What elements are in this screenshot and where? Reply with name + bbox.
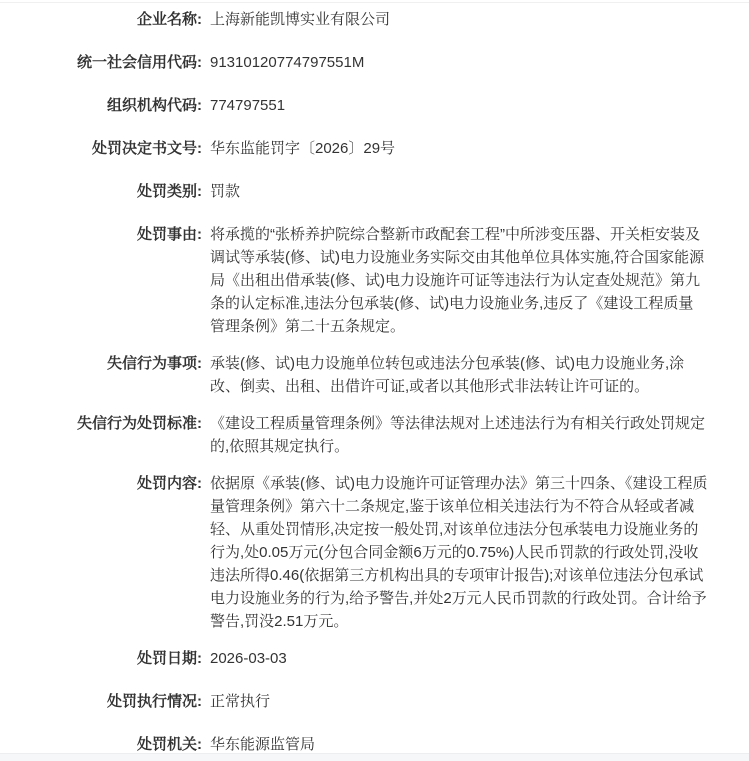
row-penalty-date: 处罚日期: 2026-03-03 [0, 647, 719, 670]
row-company-name: 企业名称: 上海新能凯博实业有限公司 [0, 8, 719, 31]
row-penalty-type: 处罚类别: 罚款 [0, 180, 719, 203]
dishonest-behavior-penalty-standard-label: 失信行为处罚标准: [0, 412, 202, 435]
organization-code-value: 774797551 [202, 94, 285, 117]
penalty-content-value: 依据原《承装(修、试)电力设施许可证管理办法》第三十四条、《建设工程质量管理条例… [202, 472, 708, 633]
row-dishonest-behavior-penalty-standard: 失信行为处罚标准: 《建设工程质量管理条例》等法律法规对上述违法行为有相关行政处… [0, 412, 719, 458]
next-section-edge [0, 753, 749, 761]
row-penalty-execution-status: 处罚执行情况: 正常执行 [0, 690, 719, 713]
penalty-decision-doc-number-value: 华东监能罚字〔2026〕29号 [202, 137, 395, 160]
penalty-execution-status-label: 处罚执行情况: [0, 690, 202, 713]
record-detail-list: 企业名称: 上海新能凯博实业有限公司 统一社会信用代码: 91310120774… [0, 0, 749, 756]
row-penalty-content: 处罚内容: 依据原《承装(修、试)电力设施许可证管理办法》第三十四条、《建设工程… [0, 472, 719, 633]
dishonest-behavior-penalty-standard-value: 《建设工程质量管理条例》等法律法规对上述违法行为有相关行政处罚规定的,依照其规定… [202, 412, 708, 458]
penalty-record-detail: 企业名称: 上海新能凯博实业有限公司 统一社会信用代码: 91310120774… [0, 0, 749, 761]
penalty-execution-status-value: 正常执行 [202, 690, 270, 713]
row-organization-code: 组织机构代码: 774797551 [0, 94, 719, 117]
penalty-date-label: 处罚日期: [0, 647, 202, 670]
penalty-decision-doc-number-label: 处罚决定书文号: [0, 137, 202, 160]
penalty-content-label: 处罚内容: [0, 472, 202, 495]
row-unified-social-credit-code: 统一社会信用代码: 91310120774797551M [0, 51, 719, 74]
company-name-value: 上海新能凯博实业有限公司 [202, 8, 390, 31]
company-name-label: 企业名称: [0, 8, 202, 31]
dishonest-behavior-item-value: 承装(修、试)电力设施单位转包或违法分包承装(修、试)电力设施业务,涂改、倒卖、… [202, 352, 708, 398]
top-divider [0, 2, 749, 3]
row-penalty-decision-doc-number: 处罚决定书文号: 华东监能罚字〔2026〕29号 [0, 137, 719, 160]
unified-social-credit-code-label: 统一社会信用代码: [0, 51, 202, 74]
row-penalty-reason: 处罚事由: 将承揽的“张桥养护院综合整新市政配套工程”中所涉变压器、开关柜安装及… [0, 223, 719, 338]
unified-social-credit-code-value: 91310120774797551M [202, 51, 364, 74]
dishonest-behavior-item-label: 失信行为事项: [0, 352, 202, 375]
organization-code-label: 组织机构代码: [0, 94, 202, 117]
row-dishonest-behavior-item: 失信行为事项: 承装(修、试)电力设施单位转包或违法分包承装(修、试)电力设施业… [0, 352, 719, 398]
penalty-type-value: 罚款 [202, 180, 240, 203]
penalty-reason-value: 将承揽的“张桥养护院综合整新市政配套工程”中所涉变压器、开关柜安装及调试等承装(… [202, 223, 708, 338]
penalty-date-value: 2026-03-03 [202, 647, 287, 670]
penalty-reason-label: 处罚事由: [0, 223, 202, 246]
penalty-type-label: 处罚类别: [0, 180, 202, 203]
